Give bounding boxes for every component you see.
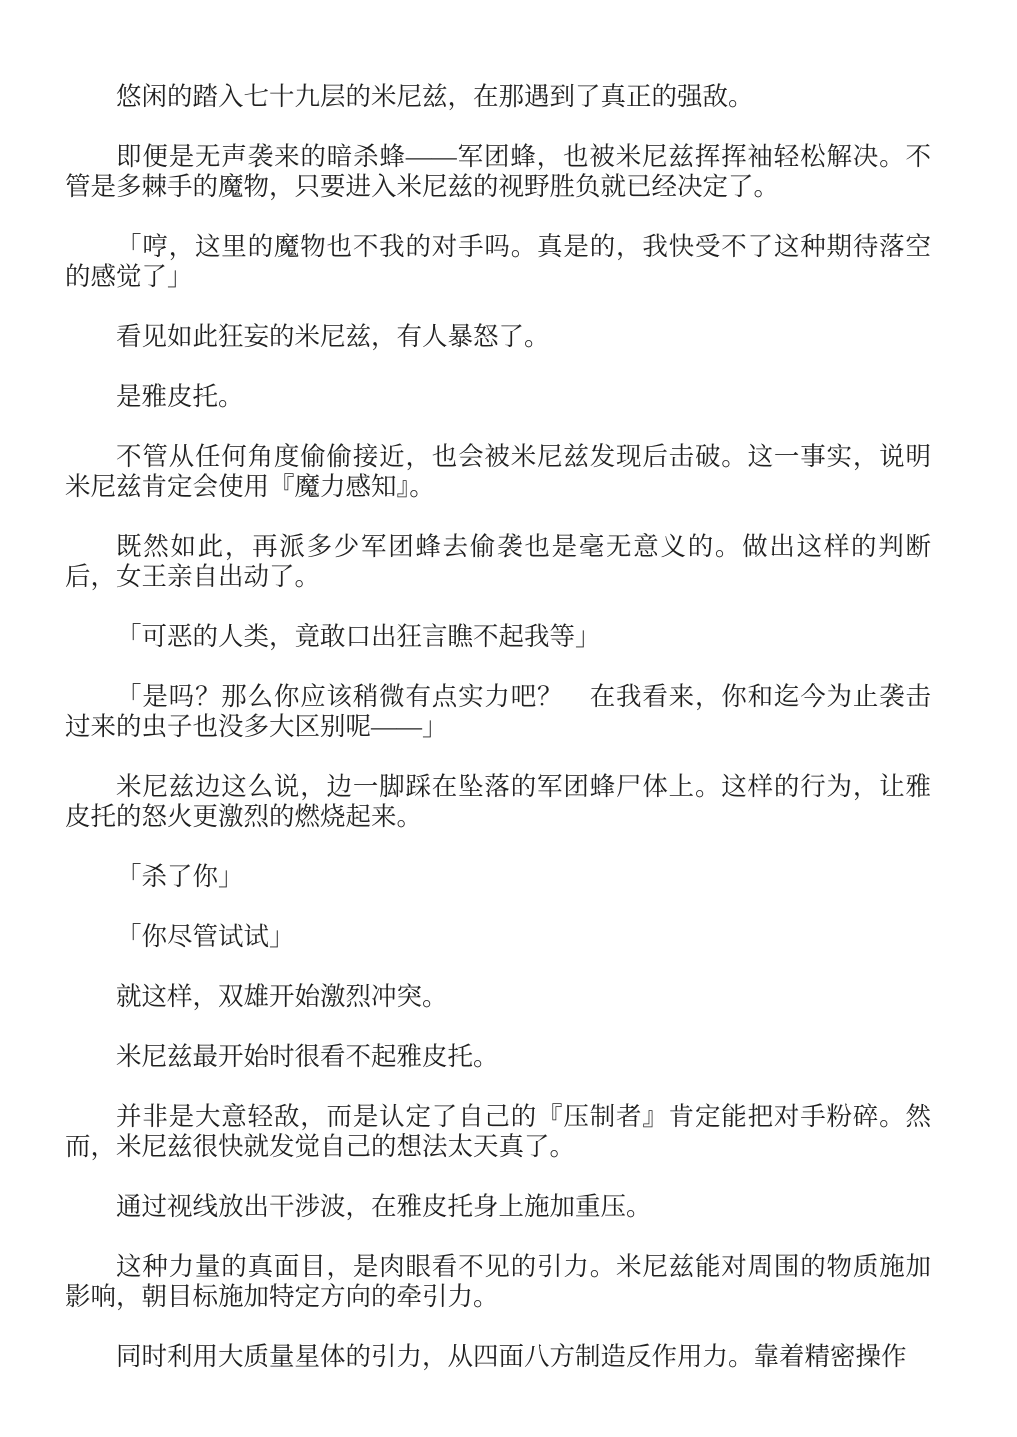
paragraph: 「哼，这里的魔物也不我的对手吗。真是的，我快受不了这种期待落空的感觉了」 [65,232,931,292]
paragraph: 既然如此，再派多少军团蜂去偷袭也是毫无意义的。做出这样的判断后，女王亲自出动了。 [65,532,931,592]
paragraph: 这种力量的真面目，是肉眼看不见的引力。米尼兹能对周围的物质施加影响，朝目标施加特… [65,1252,931,1312]
paragraph: 并非是大意轻敌，而是认定了自己的『压制者』肯定能把对手粉碎。然而，米尼兹很快就发… [65,1102,931,1162]
paragraph: 米尼兹最开始时很看不起雅皮托。 [65,1042,931,1072]
paragraph: 「是吗？那么你应该稍微有点实力吧？ 在我看来，你和迄今为止袭击过来的虫子也没多大… [65,682,931,742]
paragraph: 看见如此狂妄的米尼兹，有人暴怒了。 [65,322,931,352]
paragraph: 不管从任何角度偷偷接近，也会被米尼兹发现后击破。这一事实，说明米尼兹肯定会使用『… [65,442,931,502]
document-page: 悠闲的踏入七十九层的米尼兹，在那遇到了真正的强敌。 即便是无声袭来的暗杀蜂——军… [0,0,1017,1437]
paragraph: 米尼兹边这么说，边一脚踩在坠落的军团蜂尸体上。这样的行为，让雅皮托的怒火更激烈的… [65,772,931,832]
paragraph: 就这样，双雄开始激烈冲突。 [65,982,931,1012]
paragraph: 「杀了你」 [65,862,931,892]
paragraph: 悠闲的踏入七十九层的米尼兹，在那遇到了真正的强敌。 [65,82,931,112]
paragraph: 同时利用大质量星体的引力，从四面八方制造反作用力。靠着精密操作 [65,1342,931,1372]
paragraph: 「你尽管试试」 [65,922,931,952]
paragraph: 即便是无声袭来的暗杀蜂——军团蜂，也被米尼兹挥挥袖轻松解决。不管是多棘手的魔物，… [65,142,931,202]
paragraph: 通过视线放出干涉波，在雅皮托身上施加重压。 [65,1192,931,1222]
paragraph: 「可恶的人类，竟敢口出狂言瞧不起我等」 [65,622,931,652]
paragraph: 是雅皮托。 [65,382,931,412]
